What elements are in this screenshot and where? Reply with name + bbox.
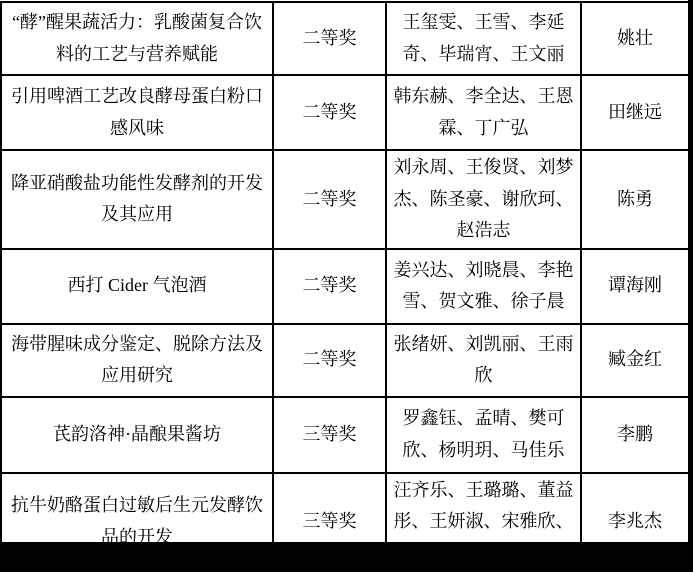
table-row: 抗牛奶酪蛋白过敏后生元发酵饮品的开发 三等奖 汪齐乐、王璐璐、董益彤、王妍淑、宋… xyxy=(1,473,689,569)
advisor-cell: 臧金红 xyxy=(581,324,689,397)
award-cell: 二等奖 xyxy=(273,249,386,324)
table-row: 西打 Cider 气泡酒 二等奖 姜兴达、刘晓晨、李艳雪、贺文雅、徐子晨 谭海刚 xyxy=(1,249,689,324)
project-cell: 降亚硝酸盐功能性发酵剂的开发及其应用 xyxy=(1,150,273,249)
project-cell: 引用啤酒工艺改良酵母蛋白粉口感风味 xyxy=(1,75,273,150)
document-sheet: “酵”醒果蔬活力：乳酸菌复合饮料的工艺与营养赋能 二等奖 王玺雯、王雪、李延奇、… xyxy=(0,0,688,542)
members-cell: 姜兴达、刘晓晨、李艳雪、贺文雅、徐子晨 xyxy=(386,249,581,324)
award-cell: 二等奖 xyxy=(273,75,386,150)
project-cell: “酵”醒果蔬活力：乳酸菌复合饮料的工艺与营养赋能 xyxy=(1,2,273,75)
award-cell: 二等奖 xyxy=(273,324,386,397)
advisor-cell: 李兆杰 xyxy=(581,473,689,569)
project-cell: 海带腥味成分鉴定、脱除方法及应用研究 xyxy=(1,324,273,397)
award-cell: 二等奖 xyxy=(273,150,386,249)
project-cell: 抗牛奶酪蛋白过敏后生元发酵饮品的开发 xyxy=(1,473,273,569)
advisor-cell: 谭海刚 xyxy=(581,249,689,324)
advisor-cell: 田继远 xyxy=(581,75,689,150)
table-row: 芪韵洛神·晶酿果酱坊 三等奖 罗鑫钰、孟晴、樊可欣、杨明玥、马佳乐 李鹏 xyxy=(1,397,689,473)
award-cell: 三等奖 xyxy=(273,473,386,569)
table-row: 引用啤酒工艺改良酵母蛋白粉口感风味 二等奖 韩东赫、李全达、王恩霖、丁广弘 田继… xyxy=(1,75,689,150)
members-cell: 韩东赫、李全达、王恩霖、丁广弘 xyxy=(386,75,581,150)
members-cell: 刘永周、王俊贤、刘梦杰、陈圣豪、谢欣珂、赵浩志 xyxy=(386,150,581,249)
advisor-cell: 陈勇 xyxy=(581,150,689,249)
table-row: 降亚硝酸盐功能性发酵剂的开发及其应用 二等奖 刘永周、王俊贤、刘梦杰、陈圣豪、谢… xyxy=(1,150,689,249)
table-row: “酵”醒果蔬活力：乳酸菌复合饮料的工艺与营养赋能 二等奖 王玺雯、王雪、李延奇、… xyxy=(1,2,689,75)
members-cell: 张绪妍、刘凯丽、王雨欣 xyxy=(386,324,581,397)
members-cell: 汪齐乐、王璐璐、董益彤、王妍淑、宋雅欣、王佳音 xyxy=(386,473,581,569)
project-cell: 西打 Cider 气泡酒 xyxy=(1,249,273,324)
award-cell: 三等奖 xyxy=(273,397,386,473)
table-row: 海带腥味成分鉴定、脱除方法及应用研究 二等奖 张绪妍、刘凯丽、王雨欣 臧金红 xyxy=(1,324,689,397)
members-cell: 罗鑫钰、孟晴、樊可欣、杨明玥、马佳乐 xyxy=(386,397,581,473)
advisor-cell: 姚壮 xyxy=(581,2,689,75)
award-cell: 二等奖 xyxy=(273,2,386,75)
advisor-cell: 李鹏 xyxy=(581,397,689,473)
award-table: “酵”醒果蔬活力：乳酸菌复合饮料的工艺与营养赋能 二等奖 王玺雯、王雪、李延奇、… xyxy=(0,1,690,568)
members-cell: 王玺雯、王雪、李延奇、毕瑞宵、王文丽 xyxy=(386,2,581,75)
project-cell: 芪韵洛神·晶酿果酱坊 xyxy=(1,397,273,473)
